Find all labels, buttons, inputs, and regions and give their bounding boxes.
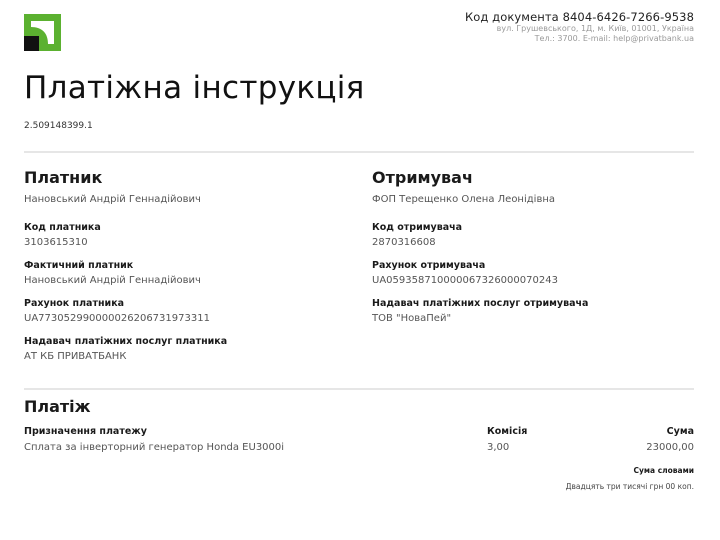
document-header: Код документа 8404-6426-7266-9538 вул. Г… [465,10,694,44]
page-title: Платіжна інструкція [24,70,365,106]
recipient-account-label: Рахунок отримувача [372,260,702,271]
document-code: Код документа 8404-6426-7266-9538 [465,10,694,24]
payment-sum: Сума 23000,00 [646,426,694,453]
recipient-provider-label: Надавач платіжних послуг отримувача [372,298,702,309]
fee-value: 3,00 [487,442,527,453]
recipient-title: Отримувач [372,168,702,187]
payer-title: Платник [24,168,354,187]
purpose-label: Призначення платежу [24,426,284,437]
payer-account-label: Рахунок платника [24,298,354,309]
payer-account-value: UA773052990000026206731973311 [24,313,354,324]
payer-provider-value: АТ КБ ПРИВАТБАНК [24,351,354,362]
payer-name: Нановський Андрій Геннадійович [24,194,354,205]
recipient-section: Отримувач ФОП Терещенко Олена Леонідівна… [372,168,702,336]
payer-section: Платник Нановський Андрій Геннадійович К… [24,168,354,374]
payment-section: Платіж Призначення платежу Сплата за інв… [24,397,694,466]
recipient-provider-value: ТОВ "НоваПей" [372,313,702,324]
actual-payer-label: Фактичний платник [24,260,354,271]
sum-in-words: Сума словами Двадцять три тисячі грн 00 … [566,466,694,491]
payment-title: Платіж [24,397,694,416]
payer-code-label: Код платника [24,222,354,233]
recipient-code-label: Код отримувача [372,222,702,233]
sum-words-label: Сума словами [566,466,694,475]
actual-payer-value: Нановський Андрій Геннадійович [24,275,354,286]
purpose-value: Сплата за інверторний генератор Honda EU… [24,442,284,453]
fee-label: Комісія [487,426,527,437]
sum-value: 23000,00 [646,442,694,453]
payer-code-value: 3103615310 [24,237,354,248]
payer-provider-label: Надавач платіжних послуг платника [24,336,354,347]
document-number: 2.509148399.1 [24,121,93,131]
sum-label: Сума [646,426,694,437]
privatbank-logo-icon [24,14,61,51]
recipient-code-value: 2870316608 [372,237,702,248]
payment-fee: Комісія 3,00 [487,426,527,453]
sum-words-value: Двадцять три тисячі грн 00 коп. [566,482,694,491]
bank-contact: Тел.: 3700. E-mail: help@privatbank.ua [465,34,694,44]
divider [24,388,694,390]
bank-address: вул. Грушевського, 1Д, м. Київ, 01001, У… [465,24,694,34]
payment-purpose: Призначення платежу Сплата за інверторни… [24,426,284,453]
payment-instruction-document: Код документа 8404-6426-7266-9538 вул. Г… [0,0,720,540]
recipient-account-value: UA059358710000067326000070243 [372,275,702,286]
recipient-name: ФОП Терещенко Олена Леонідівна [372,194,702,205]
divider [24,151,694,153]
